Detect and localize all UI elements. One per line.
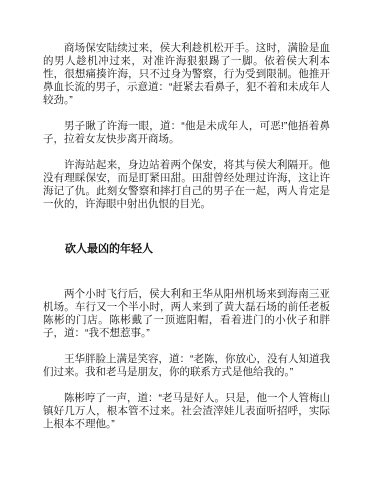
previous-section-text: 商场保安陆续过来，侯大利趁机松开手。这时，满脸是血的男人趁机冲过来，对准许海狠狠…	[43, 42, 330, 211]
paragraph: 商场保安陆续过来，侯大利趁机松开手。这时，满脸是血的男人趁机冲过来，对准许海狠狠…	[43, 42, 330, 107]
chapter-heading: 砍人最凶的年轻人	[43, 242, 330, 256]
chapter-text: 两个小时飞行后，侯大利和王华从阳州机场来到海南三亚机场。车行又一个半小时，两人来…	[43, 288, 330, 431]
paragraph: 许海站起来，身边站着两个保安，将其与侯大利隔开。他没有理睬保安，而是盯紧田甜。田…	[43, 159, 330, 211]
ebook-page: 商场保安陆续过来，侯大利趁机松开手。这时，满脸是血的男人趁机冲过来，对准许海狠狠…	[0, 0, 370, 480]
paragraph: 两个小时飞行后，侯大利和王华从阳州机场来到海南三亚机场。车行又一个半小时，两人来…	[43, 288, 330, 340]
paragraph: 陈彬哼了一声，道：“老马是好人。只是，他一个人管梅山镇好几万人，根本管不过来。社…	[43, 392, 330, 431]
paragraph: 王华胖脸上满是笑容，道：“老陈，你放心，没有人知道我们过来。我和老马是朋友，你的…	[43, 353, 330, 379]
paragraph: 男子瞅了许海一眼，道：“他是未成年人，可恶!”他捂着鼻子，拉着女友快步离开商场。	[43, 120, 330, 146]
